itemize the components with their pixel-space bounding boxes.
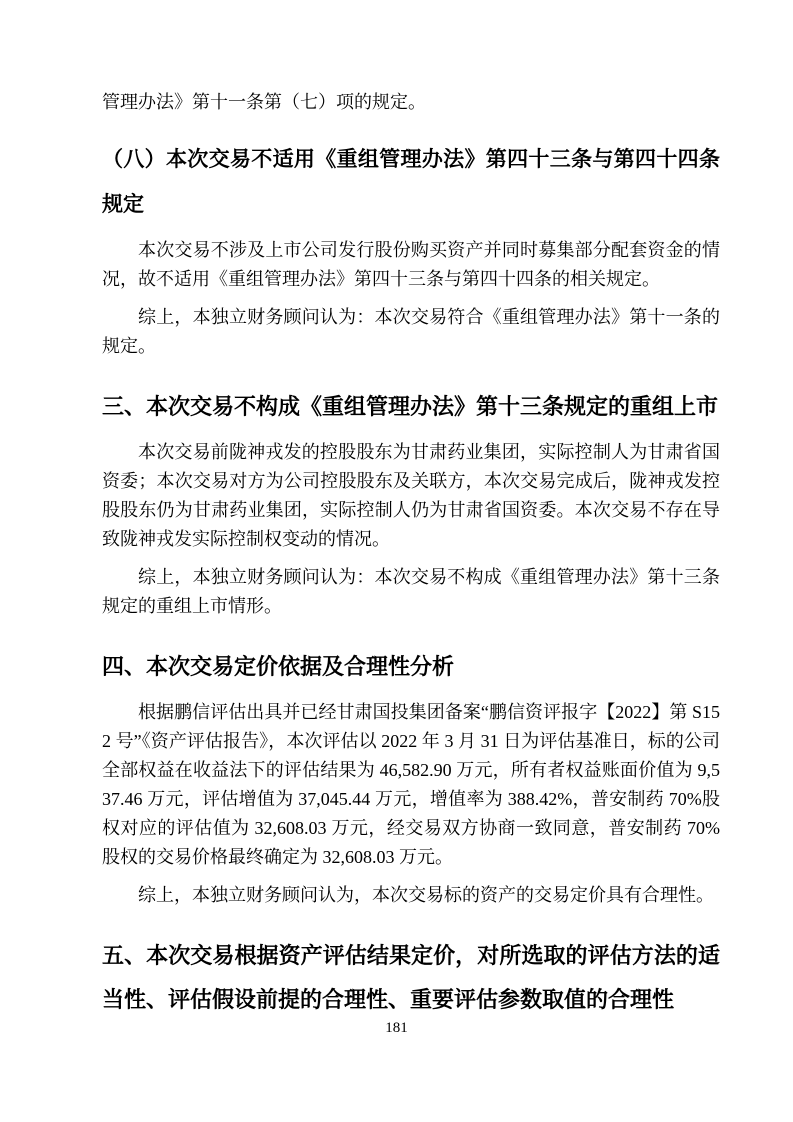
body-paragraph-conclusion: 综上，本独立财务顾问认为，本次交易标的资产的交易定价具有合理性。 [102, 881, 720, 910]
body-paragraph: 本次交易不涉及上市公司发行股份购买资产并同时募集部分配套资金的情况，故不适用《重… [102, 236, 720, 294]
section-heading-4: 四、本次交易定价依据及合理性分析 [102, 645, 720, 689]
page-content: 管理办法》第十一条第（七）项的规定。 （八）本次交易不适用《重组管理办法》第四十… [102, 88, 720, 1030]
page-number: 181 [0, 1018, 793, 1038]
body-paragraph-valuation: 根据鹏信评估出具并已经甘肃国投集团备案“鹏信资评报字【2022】第 S152 号… [102, 698, 720, 872]
section-heading-8: （八）本次交易不适用《重组管理办法》第四十三条与第四十四条规定 [102, 137, 720, 227]
section-heading-3: 三、本次交易不构成《重组管理办法》第十三条规定的重组上市 [102, 385, 720, 429]
body-paragraph-conclusion: 综上，本独立财务顾问认为：本次交易不构成《重组管理办法》第十三条规定的重组上市情… [102, 563, 720, 621]
body-paragraph-conclusion: 综上，本独立财务顾问认为：本次交易符合《重组管理办法》第十一条的规定。 [102, 303, 720, 361]
section-heading-5: 五、本次交易根据资产评估结果定价，对所选取的评估方法的适当性、评估假设前提的合理… [102, 934, 720, 1022]
body-paragraph: 本次交易前陇神戎发的控股股东为甘肃药业集团，实际控制人为甘肃省国资委；本次交易对… [102, 438, 720, 554]
document-page: 管理办法》第十一条第（七）项的规定。 （八）本次交易不适用《重组管理办法》第四十… [0, 0, 793, 1122]
body-paragraph-continuation: 管理办法》第十一条第（七）项的规定。 [102, 88, 720, 117]
